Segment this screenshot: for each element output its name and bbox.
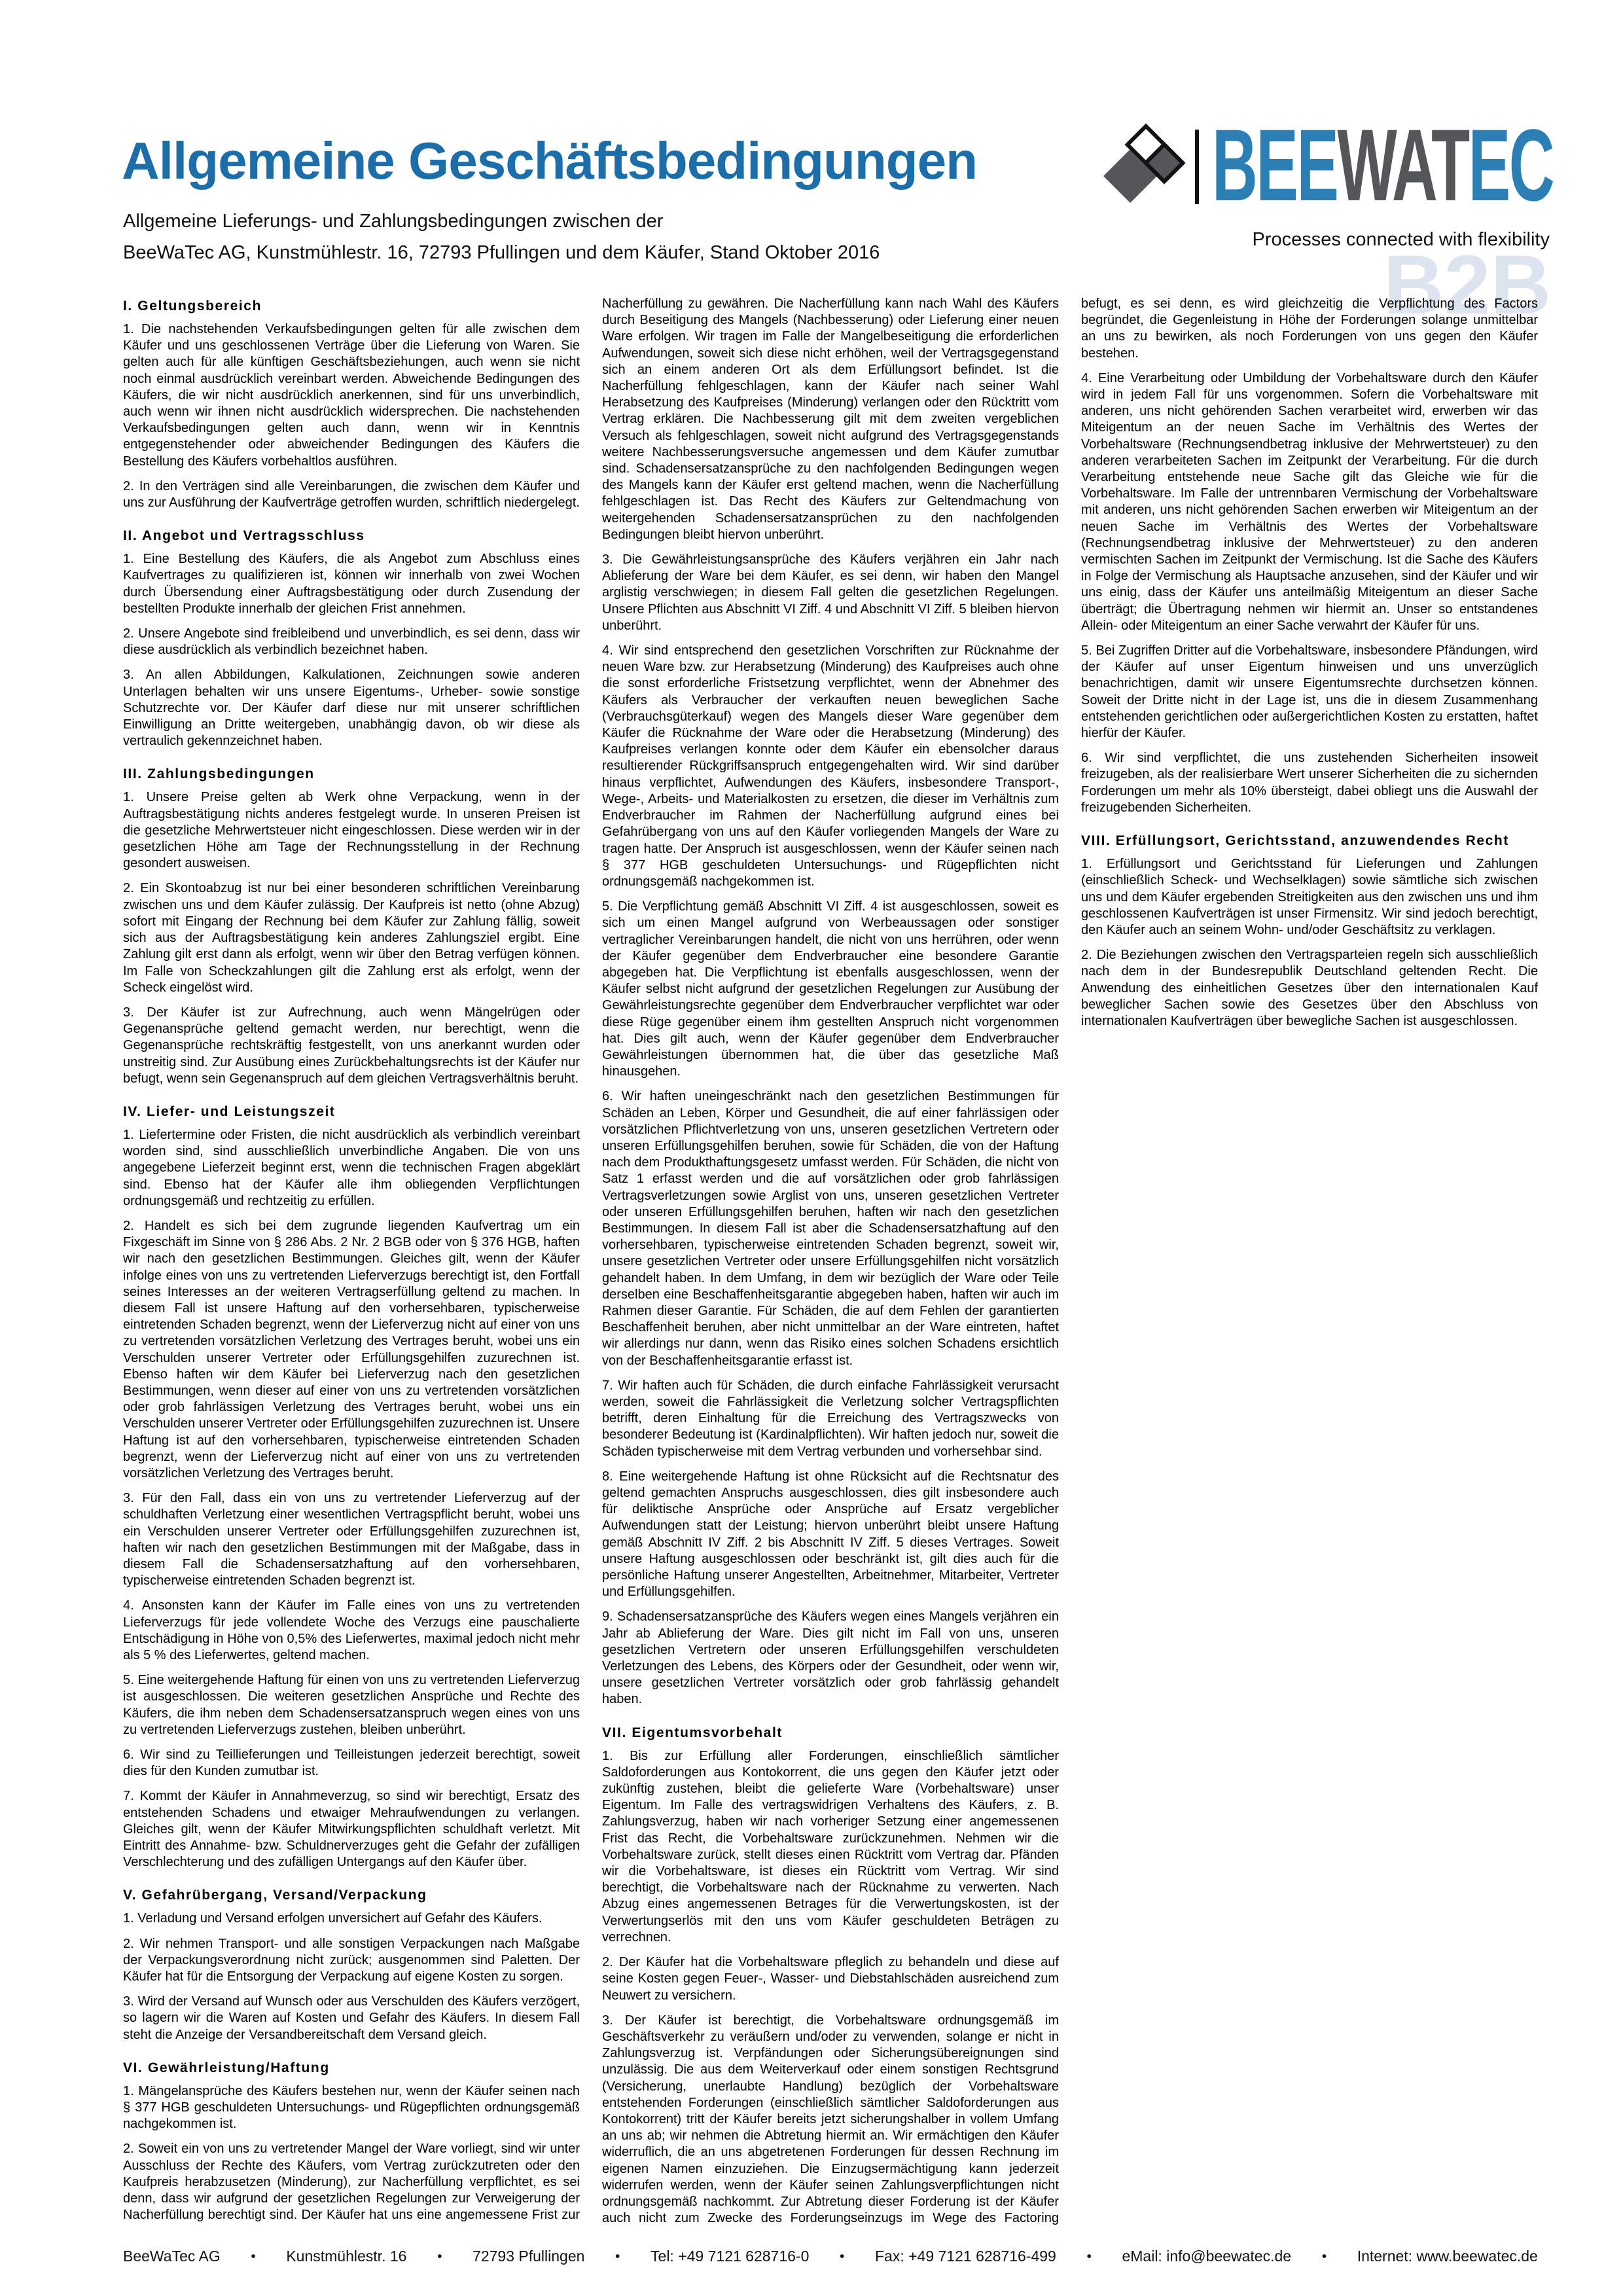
terms-paragraph: 2. Handelt es sich bei dem zugrunde lieg…	[123, 1218, 580, 1482]
subtitle-line-2: BeeWaTec AG, Kunstmühlestr. 16, 72793 Pf…	[123, 242, 880, 264]
logo-wordmark: BEEWATEC	[1212, 128, 1553, 203]
terms-section: VIII. Erfüllungsort, Gerichtsstand, anzu…	[1081, 832, 1538, 1030]
terms-paragraph: 2. Wir nehmen Transport- und alle sonsti…	[123, 1936, 580, 1986]
subtitle-line-1: Allgemeine Lieferungs- und Zahlungsbedin…	[123, 211, 663, 232]
terms-paragraph: 3. Der Käufer ist zur Aufrechnung, auch …	[123, 1005, 580, 1087]
footer-item: Kunstmühlestr. 16	[286, 2248, 406, 2265]
footer-item: 72793 Pfullingen	[473, 2248, 584, 2265]
terms-section: IV. Liefer- und Leistungszeit 1. Liefert…	[123, 1103, 580, 1871]
terms-paragraph: 2. Die Beziehungen zwischen den Vertrags…	[1081, 947, 1538, 1030]
section-heading: III. Zahlungsbedingungen	[123, 765, 580, 783]
footer-item: eMail: info@beewatec.de	[1122, 2248, 1291, 2265]
bullet-separator: •	[247, 2249, 259, 2265]
terms-paragraph: 8. Eine weitergehende Haftung ist ohne R…	[602, 1469, 1059, 1601]
terms-paragraph: 1. Bis zur Erfüllung aller Forderungen, …	[602, 1748, 1059, 1946]
terms-paragraph: 2. Ein Skontoabzug ist nur bei einer bes…	[123, 880, 580, 996]
terms-paragraph: 1. Erfüllungsort und Gerichtsstand für L…	[1081, 856, 1538, 939]
terms-paragraph: 5. Eine weitergehende Haftung für einen …	[123, 1672, 580, 1738]
bullet-separator: •	[611, 2249, 624, 2265]
beewatec-diamonds-icon	[1111, 127, 1188, 207]
page-title: Allgemeine Geschäftsbedingungen	[122, 131, 977, 191]
footer-item: Tel: +49 7121 628716-0	[651, 2248, 809, 2265]
terms-paragraph: 3. An allen Abbildungen, Kalkulationen, …	[123, 667, 580, 749]
terms-paragraph: 5. Bei Zugriffen Dritter auf die Vorbeha…	[1081, 643, 1538, 742]
bullet-separator: •	[1318, 2249, 1330, 2265]
terms-paragraph: 9. Schadensersatzansprüche des Käufers w…	[602, 1609, 1059, 1708]
terms-paragraph: 1. Mängelansprüche des Käufers bestehen …	[123, 2083, 580, 2133]
terms-paragraph: 4. Eine Verarbeitung oder Umbildung der …	[1081, 370, 1538, 634]
terms-paragraph: 6. Wir haften uneingeschränkt nach den g…	[602, 1088, 1059, 1369]
section-heading: VI. Gewährleistung/Haftung	[123, 2059, 580, 2077]
footer-item: Internet: www.beewatec.de	[1357, 2248, 1538, 2265]
terms-paragraph: 1. Unsere Preise gelten ab Werk ohne Ver…	[123, 789, 580, 872]
logo-wordmark-part2: WAT	[1337, 109, 1468, 223]
terms-section: III. Zahlungsbedingungen 1. Unsere Preis…	[123, 765, 580, 1086]
section-heading: II. Angebot und Vertragsschluss	[123, 527, 580, 545]
section-heading: IV. Liefer- und Leistungszeit	[123, 1103, 580, 1121]
footer: BeeWaTec AG•Kunstmühlestr. 16•72793 Pful…	[123, 2248, 1538, 2265]
terms-paragraph: 4. Wir sind entsprechend den gesetzliche…	[602, 643, 1059, 890]
logo-divider	[1195, 130, 1199, 204]
terms-paragraph: 6. Wir sind zu Teillieferungen und Teill…	[123, 1747, 580, 1780]
terms-paragraph: 1. Verladung und Versand erfolgen unvers…	[123, 1910, 580, 1927]
bullet-separator: •	[1082, 2249, 1095, 2265]
terms-section: V. Gefahrübergang, Versand/Verpackung 1.…	[123, 1886, 580, 2043]
terms-paragraph: 4. Ansonsten kann der Käufer im Falle ei…	[123, 1598, 580, 1664]
section-heading: V. Gefahrübergang, Versand/Verpackung	[123, 1886, 580, 1904]
terms-paragraph: 3. Die Gewährleistungsansprüche des Käuf…	[602, 552, 1059, 634]
agb-page: B2B Allgemeine Geschäftsbedingungen Allg…	[0, 0, 1623, 2296]
terms-paragraph: 7. Wir haften auch für Schäden, die durc…	[602, 1378, 1059, 1460]
terms-section: II. Angebot und Vertragsschluss 1. Eine …	[123, 527, 580, 749]
logo-tagline: Processes connected with flexibility	[1252, 229, 1550, 251]
logo-wordmark-part3: EC	[1469, 109, 1553, 223]
footer-item: Fax: +49 7121 628716-499	[875, 2248, 1056, 2265]
terms-section: I. Geltungsbereich 1. Die nachstehenden …	[123, 297, 580, 511]
terms-paragraph: 1. Eine Bestellung des Käufers, die als …	[123, 551, 580, 617]
terms-paragraph: 1. Liefertermine oder Fristen, die nicht…	[123, 1127, 580, 1210]
terms-paragraph: 2. In den Verträgen sind alle Vereinbaru…	[123, 478, 580, 511]
bullet-separator: •	[433, 2249, 446, 2265]
section-heading: VII. Eigentumsvorbehalt	[602, 1724, 1059, 1742]
terms-paragraph: 6. Wir sind verpflichtet, die uns zusteh…	[1081, 750, 1538, 816]
terms-paragraph: 2. Der Käufer hat die Vorbehaltsware pfl…	[602, 1954, 1059, 2004]
logo-wordmark-part1: BEE	[1212, 109, 1337, 223]
terms-paragraph: 1. Die nachstehenden Verkaufsbedingungen…	[123, 321, 580, 470]
terms-paragraph: 7. Kommt der Käufer in Annahmeverzug, so…	[123, 1788, 580, 1871]
section-heading: VIII. Erfüllungsort, Gerichtsstand, anzu…	[1081, 832, 1538, 850]
terms-paragraph: 5. Die Verpflichtung gemäß Abschnitt VI …	[602, 899, 1059, 1080]
terms-paragraph: 3. Für den Fall, dass ein von uns zu ver…	[123, 1490, 580, 1589]
footer-item: BeeWaTec AG	[123, 2248, 221, 2265]
section-heading: I. Geltungsbereich	[123, 297, 580, 315]
terms-columns: I. Geltungsbereich 1. Die nachstehenden …	[123, 296, 1538, 2236]
terms-paragraph: 3. Wird der Versand auf Wunsch oder aus …	[123, 1994, 580, 2043]
bullet-separator: •	[836, 2249, 848, 2265]
terms-paragraph: 2. Unsere Angebote sind freibleibend und…	[123, 626, 580, 658]
